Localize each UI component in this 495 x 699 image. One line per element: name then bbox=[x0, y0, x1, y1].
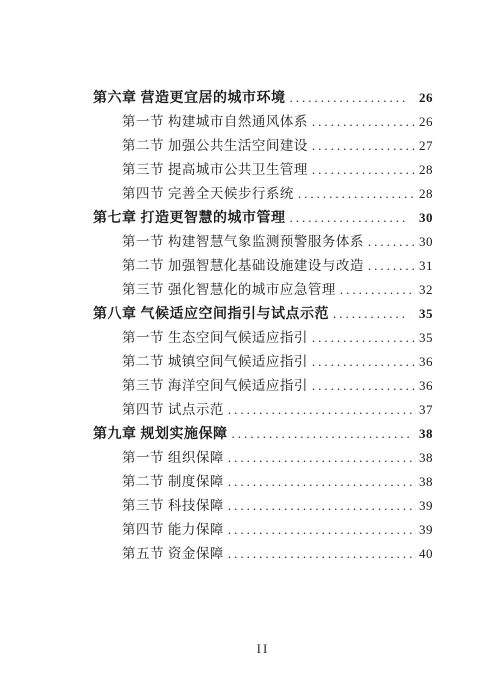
toc-entry-label: 第三节 提高城市公共卫生管理 bbox=[122, 158, 308, 182]
toc-entry-page-number: 35 bbox=[417, 302, 433, 326]
toc-entry-section: 第一节 组织保障 38 bbox=[93, 446, 433, 470]
toc-dot-leader bbox=[228, 446, 415, 470]
toc-entry-section: 第二节 加强公共生活空间建设 27 bbox=[93, 134, 433, 158]
toc-entry-section: 第三节 海洋空间气候适应指引 36 bbox=[93, 374, 433, 398]
toc-entry-section: 第三节 科技保障 39 bbox=[93, 494, 433, 518]
toc-entry-label: 第二节 加强智慧化基础设施建设与改造 bbox=[122, 254, 364, 278]
toc-dot-leader bbox=[228, 494, 415, 518]
footer-page-number: II bbox=[257, 641, 270, 656]
toc-entry-label: 第三节 科技保障 bbox=[122, 494, 224, 518]
toc-entry-page-number: 40 bbox=[417, 542, 433, 566]
toc-dot-leader bbox=[333, 302, 409, 326]
toc-dot-leader bbox=[368, 230, 415, 254]
toc-dot-leader bbox=[228, 518, 415, 542]
toc-entry-label: 第四节 试点示范 bbox=[122, 398, 224, 422]
toc-entry-label: 第六章 营造更宜居的城市环境 bbox=[93, 87, 286, 111]
toc-entry-page-number: 38 bbox=[417, 470, 433, 494]
table-of-contents: 第六章 营造更宜居的城市环境 26 第一节 构建城市自然通风体系 26 第二节 … bbox=[93, 86, 433, 566]
toc-dot-leader bbox=[312, 374, 415, 398]
toc-entry-page-number: 31 bbox=[417, 254, 433, 278]
toc-dot-leader bbox=[290, 206, 410, 230]
document-page: 第六章 营造更宜居的城市环境 26 第一节 构建城市自然通风体系 26 第二节 … bbox=[0, 0, 495, 699]
toc-entry-section: 第五节 资金保障 40 bbox=[93, 542, 433, 566]
toc-entry-section: 第一节 构建智慧气象监测预警服务体系 30 bbox=[93, 230, 433, 254]
toc-entry-page-number: 36 bbox=[417, 374, 433, 398]
toc-entry-section: 第二节 城镇空间气候适应指引 36 bbox=[93, 350, 433, 374]
toc-dot-leader bbox=[232, 422, 410, 446]
toc-entry-label: 第八章 气候适应空间指引与试点示范 bbox=[93, 303, 329, 327]
toc-entry-label: 第三节 强化智慧化的城市应急管理 bbox=[122, 278, 336, 302]
toc-entry-page-number: 39 bbox=[417, 494, 433, 518]
toc-entry-label: 第九章 规划实施保障 bbox=[93, 423, 228, 447]
toc-entry-page-number: 32 bbox=[417, 278, 433, 302]
toc-entry-chapter: 第八章 气候适应空间指引与试点示范 35 bbox=[93, 302, 433, 326]
toc-dot-leader bbox=[290, 86, 410, 110]
toc-entry-label: 第一节 组织保障 bbox=[122, 446, 224, 470]
toc-entry-section: 第一节 生态空间气候适应指引 35 bbox=[93, 326, 433, 350]
toc-entry-page-number: 28 bbox=[417, 158, 433, 182]
toc-entry-label: 第二节 加强公共生活空间建设 bbox=[122, 134, 308, 158]
toc-dot-leader bbox=[228, 398, 415, 422]
toc-entry-chapter: 第六章 营造更宜居的城市环境 26 bbox=[93, 86, 433, 110]
toc-entry-label: 第一节 构建智慧气象监测预警服务体系 bbox=[122, 230, 364, 254]
toc-entry-section: 第四节 能力保障 39 bbox=[93, 518, 433, 542]
toc-entry-page-number: 39 bbox=[417, 518, 433, 542]
toc-entry-chapter: 第九章 规划实施保障 38 bbox=[93, 422, 433, 446]
toc-entry-page-number: 37 bbox=[417, 398, 433, 422]
toc-dot-leader bbox=[312, 158, 415, 182]
toc-entry-label: 第二节 制度保障 bbox=[122, 470, 224, 494]
toc-entry-page-number: 35 bbox=[417, 326, 433, 350]
toc-dot-leader bbox=[368, 254, 415, 278]
toc-entry-page-number: 26 bbox=[417, 110, 433, 134]
toc-entry-section: 第四节 完善全天候步行系统 28 bbox=[93, 182, 433, 206]
page-footer: II bbox=[93, 641, 433, 657]
toc-entry-section: 第四节 试点示范 37 bbox=[93, 398, 433, 422]
toc-entry-label: 第一节 构建城市自然通风体系 bbox=[122, 110, 308, 134]
toc-entry-page-number: 26 bbox=[417, 86, 433, 110]
toc-entry-page-number: 27 bbox=[417, 134, 433, 158]
toc-entry-label: 第四节 完善全天候步行系统 bbox=[122, 182, 294, 206]
toc-dot-leader bbox=[312, 110, 415, 134]
toc-entry-page-number: 38 bbox=[417, 422, 433, 446]
toc-entry-label: 第五节 资金保障 bbox=[122, 542, 224, 566]
toc-dot-leader bbox=[340, 278, 415, 302]
toc-entry-section: 第一节 构建城市自然通风体系 26 bbox=[93, 110, 433, 134]
toc-entry-section: 第二节 加强智慧化基础设施建设与改造 31 bbox=[93, 254, 433, 278]
toc-entry-label: 第三节 海洋空间气候适应指引 bbox=[122, 374, 308, 398]
toc-entry-section: 第三节 强化智慧化的城市应急管理 32 bbox=[93, 278, 433, 302]
toc-entry-chapter: 第七章 打造更智慧的城市管理 30 bbox=[93, 206, 433, 230]
toc-entry-page-number: 36 bbox=[417, 350, 433, 374]
toc-dot-leader bbox=[228, 542, 415, 566]
toc-entry-section: 第三节 提高城市公共卫生管理 28 bbox=[93, 158, 433, 182]
toc-entry-page-number: 30 bbox=[417, 230, 433, 254]
toc-dot-leader bbox=[298, 182, 415, 206]
toc-entry-label: 第二节 城镇空间气候适应指引 bbox=[122, 350, 308, 374]
toc-dot-leader bbox=[312, 350, 415, 374]
toc-dot-leader bbox=[228, 470, 415, 494]
toc-dot-leader bbox=[312, 134, 415, 158]
toc-entry-page-number: 30 bbox=[417, 206, 433, 230]
toc-entry-label: 第四节 能力保障 bbox=[122, 518, 224, 542]
toc-dot-leader bbox=[312, 326, 415, 350]
toc-entry-page-number: 28 bbox=[417, 182, 433, 206]
toc-entry-label: 第七章 打造更智慧的城市管理 bbox=[93, 207, 286, 231]
toc-entry-section: 第二节 制度保障 38 bbox=[93, 470, 433, 494]
toc-entry-page-number: 38 bbox=[417, 446, 433, 470]
toc-entry-label: 第一节 生态空间气候适应指引 bbox=[122, 326, 308, 350]
